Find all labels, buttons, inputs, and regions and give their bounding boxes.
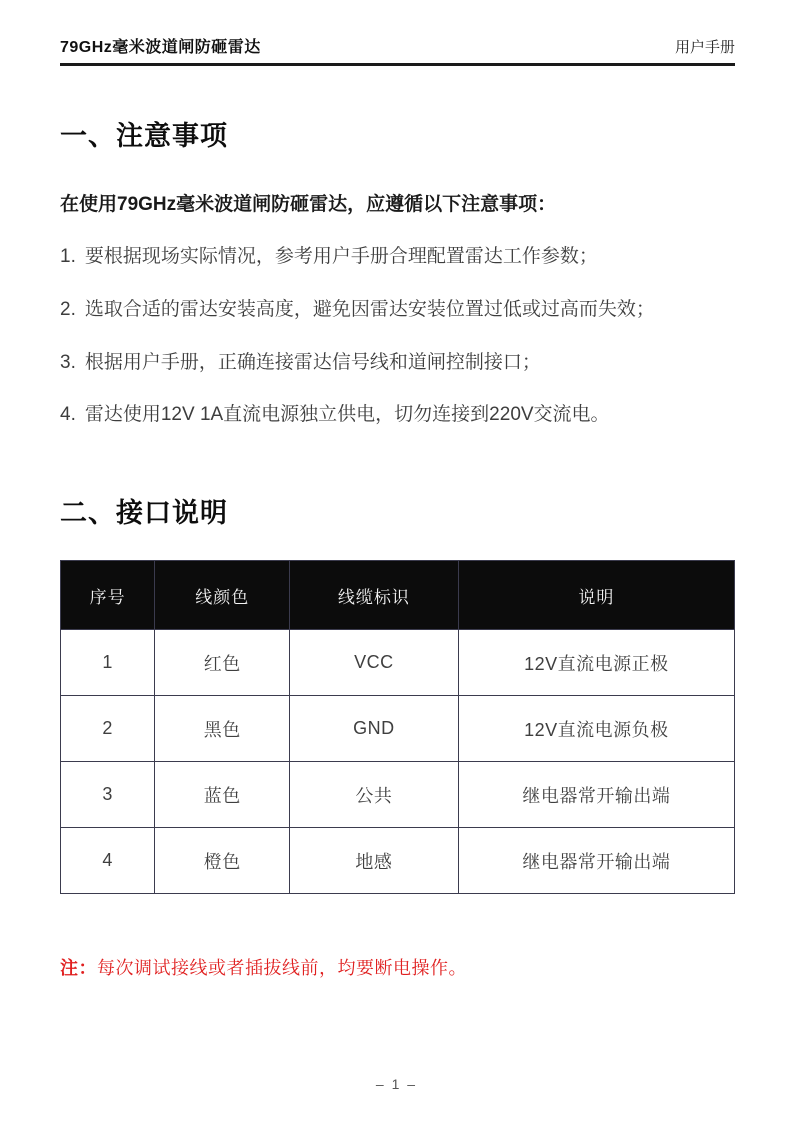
list-item-text: 要根据现场实际情况，参考用户手册合理配置雷达工作参数；	[85, 246, 598, 269]
section-2-heading: 二、接口说明	[60, 491, 735, 530]
running-header: 79GHz毫米波道闸防砸雷达 用户手册	[60, 0, 735, 66]
table-cell: 3	[61, 762, 155, 828]
table-row: 1 红色 VCC 12V直流电源正极	[61, 630, 735, 696]
table-row: 3 蓝色 公共 继电器常开输出端	[61, 762, 735, 828]
table-cell: 橙色	[155, 828, 290, 894]
table-header-cell: 线缆标识	[290, 561, 459, 630]
page-number: – 1 –	[0, 1076, 793, 1092]
document-title: 79GHz毫米波道闸防砸雷达	[60, 34, 261, 57]
document-type-label: 用户手册	[675, 36, 735, 57]
table-row: 2 黑色 GND 12V直流电源负极	[61, 696, 735, 762]
list-item-text: 根据用户手册，正确连接雷达信号线和道闸控制接口；	[85, 352, 541, 375]
notice-list: 1. 要根据现场实际情况，参考用户手册合理配置雷达工作参数； 2. 选取合适的雷…	[60, 246, 735, 427]
warning-note: 注：每次调试接线或者插拔线前，均要断电操作。	[60, 954, 735, 980]
table-cell: 12V直流电源负极	[458, 696, 734, 762]
table-header-row: 序号 线颜色 线缆标识 说明	[61, 561, 735, 630]
table-cell: 地感	[290, 828, 459, 894]
table-cell: 12V直流电源正极	[458, 630, 734, 696]
manual-page: 79GHz毫米波道闸防砸雷达 用户手册 一、注意事项 在使用79GHz毫米波道闸…	[0, 0, 793, 1122]
table-header-cell: 线颜色	[155, 561, 290, 630]
list-item: 3. 根据用户手册，正确连接雷达信号线和道闸控制接口；	[60, 352, 735, 375]
table-cell: 4	[61, 828, 155, 894]
table-cell: 1	[61, 630, 155, 696]
notice-intro: 在使用79GHz毫米波道闸防砸雷达，应遵循以下注意事项：	[60, 189, 735, 216]
table-cell: 公共	[290, 762, 459, 828]
table-cell: 蓝色	[155, 762, 290, 828]
table-header-cell: 说明	[458, 561, 734, 630]
list-item-text: 选取合适的雷达安装高度，避免因雷达安装位置过低或过高而失效；	[85, 299, 655, 322]
list-item: 4. 雷达使用12V 1A直流电源独立供电，切勿连接到220V交流电。	[60, 404, 735, 427]
table-header-cell: 序号	[61, 561, 155, 630]
table-cell: 2	[61, 696, 155, 762]
list-item-number: 2.	[60, 299, 76, 322]
section-1-heading: 一、注意事项	[60, 114, 735, 153]
table-cell: 黑色	[155, 696, 290, 762]
interface-table: 序号 线颜色 线缆标识 说明 1 红色 VCC 12V直流电源正极 2 黑色 G…	[60, 560, 735, 894]
list-item-number: 1.	[60, 246, 76, 269]
table-row: 4 橙色 地感 继电器常开输出端	[61, 828, 735, 894]
table-cell: 红色	[155, 630, 290, 696]
table-cell: GND	[290, 696, 459, 762]
warning-note-text: 每次调试接线或者插拔线前，均要断电操作。	[97, 958, 467, 978]
table-cell: 继电器常开输出端	[458, 762, 734, 828]
list-item-text: 雷达使用12V 1A直流电源独立供电，切勿连接到220V交流电。	[85, 404, 610, 427]
list-item: 2. 选取合适的雷达安装高度，避免因雷达安装位置过低或过高而失效；	[60, 299, 735, 322]
warning-note-prefix: 注：	[60, 958, 97, 978]
table-cell: 继电器常开输出端	[458, 828, 734, 894]
list-item-number: 4.	[60, 404, 76, 427]
list-item: 1. 要根据现场实际情况，参考用户手册合理配置雷达工作参数；	[60, 246, 735, 269]
list-item-number: 3.	[60, 352, 76, 375]
table-cell: VCC	[290, 630, 459, 696]
